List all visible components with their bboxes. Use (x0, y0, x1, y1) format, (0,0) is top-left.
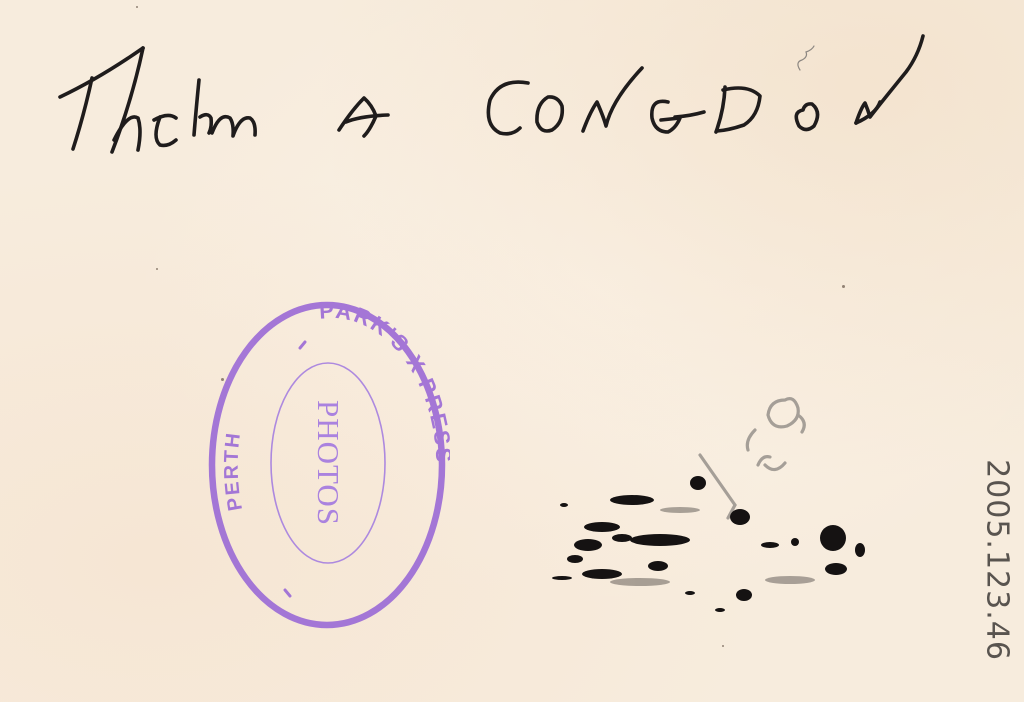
stamp-graphic: PARK'S X PRESS PERTH PHOTOS (205, 298, 450, 633)
svg-text:PERTH: PERTH (221, 430, 247, 512)
catalog-number: 2005.123.46 (972, 425, 1022, 695)
paper-speck (156, 268, 158, 270)
handwriting-strokes (0, 0, 1024, 200)
photographer-stamp: PARK'S X PRESS PERTH PHOTOS (205, 298, 450, 633)
catalog-number-text: 2005.123.46 (980, 459, 1015, 661)
stamp-center-text: PHOTOS (311, 400, 346, 526)
ink-blotches (540, 470, 880, 630)
stamp-left-text: PERTH (221, 430, 247, 512)
blotch-shapes (540, 470, 880, 630)
paper-speck (842, 285, 845, 288)
paper-speck (722, 645, 724, 647)
